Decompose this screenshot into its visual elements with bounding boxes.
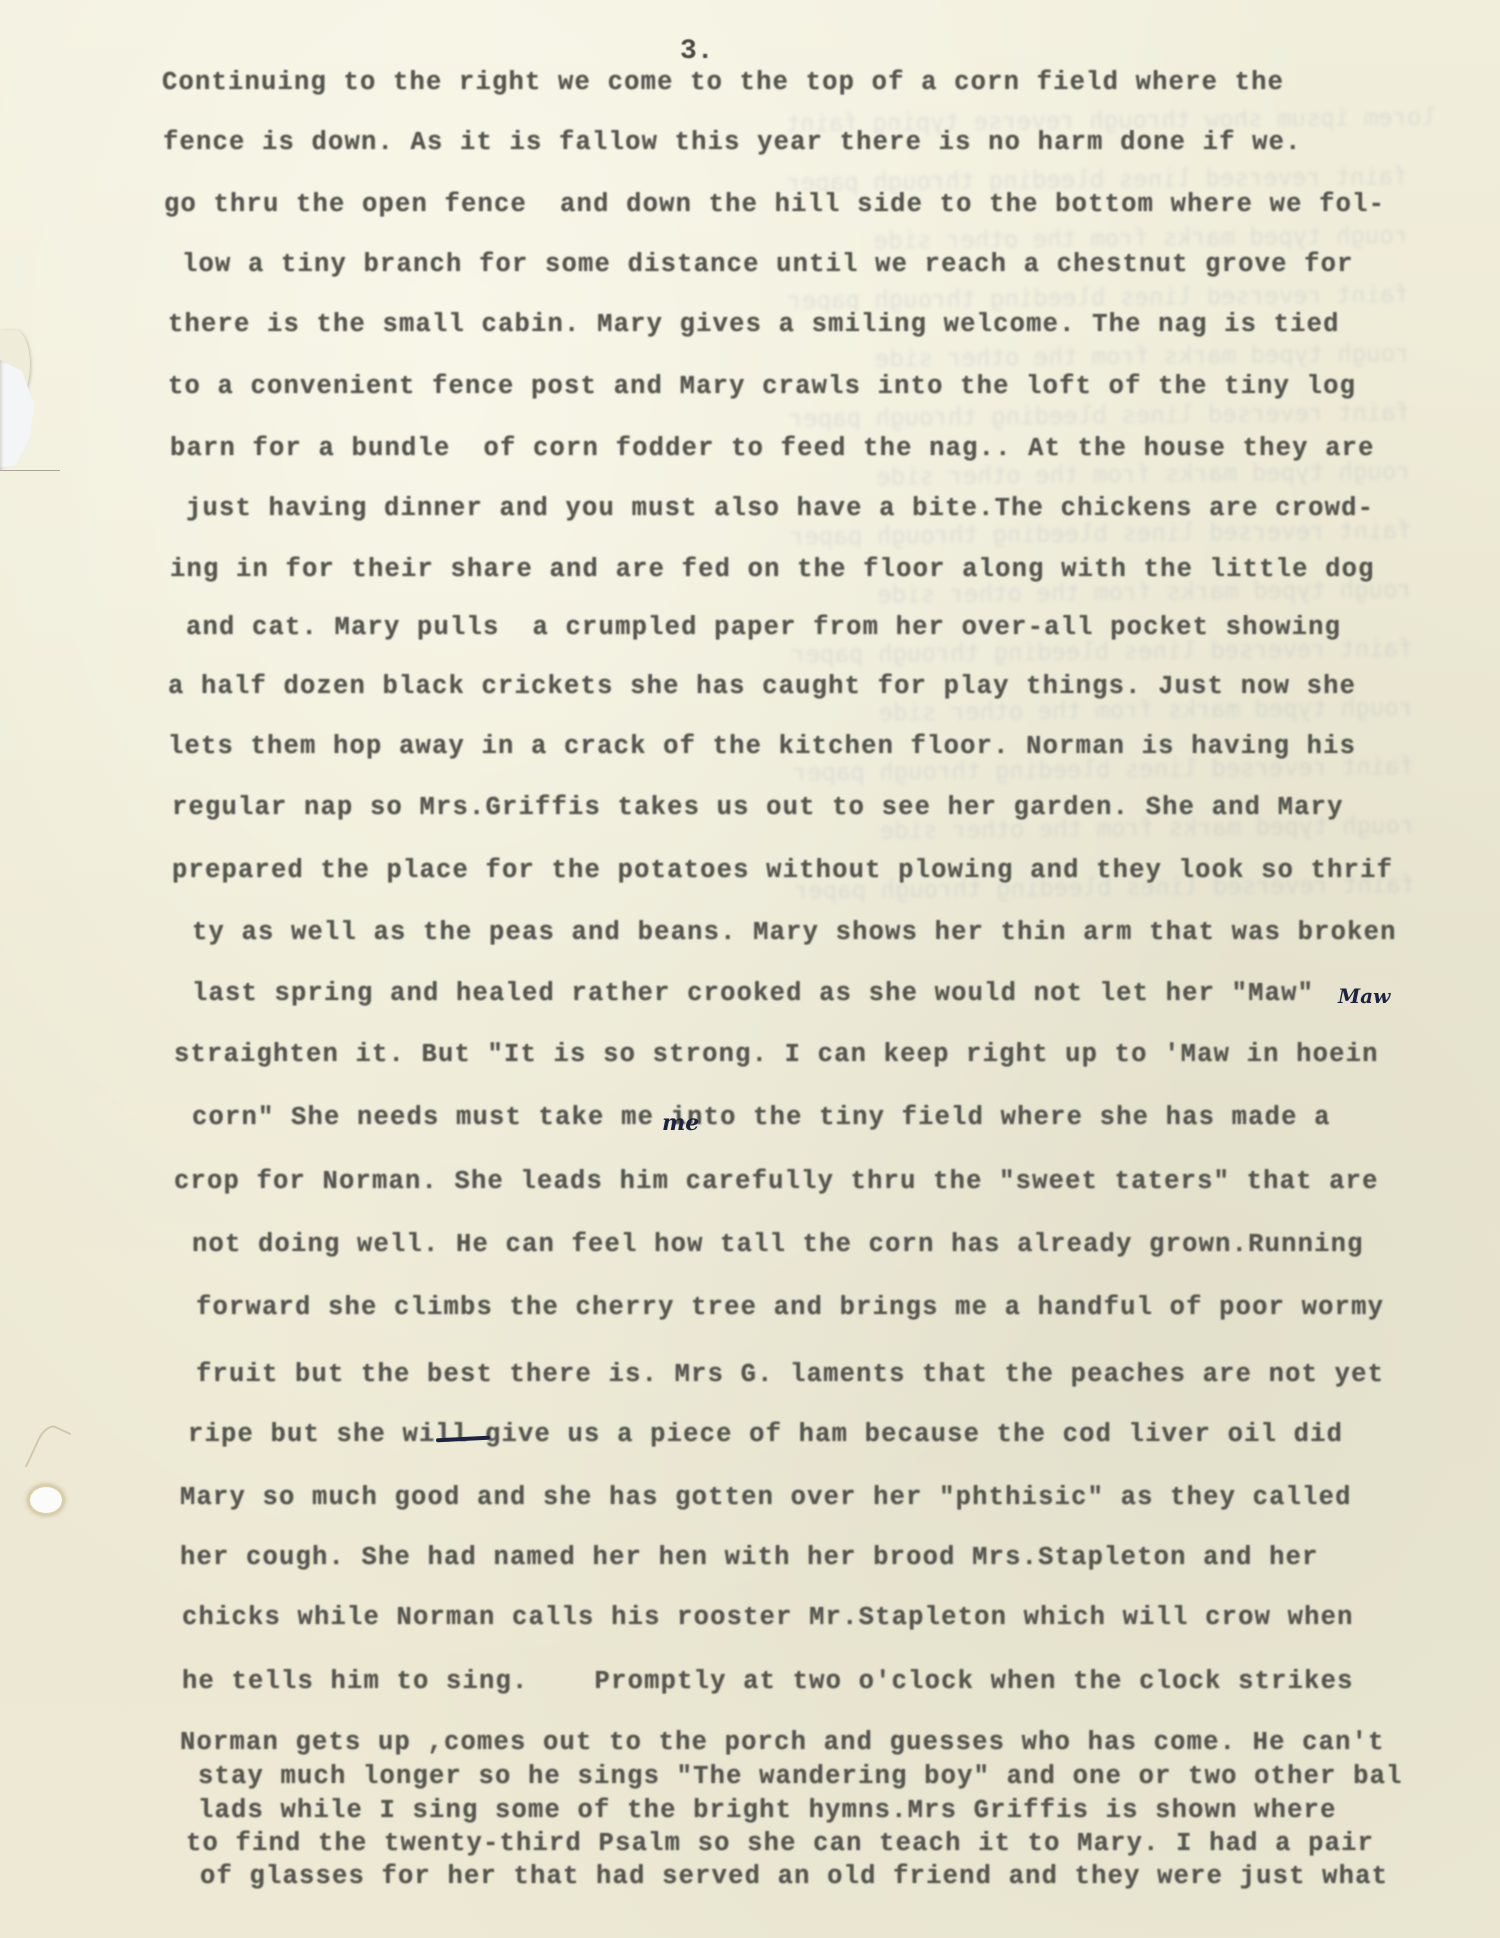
text-line: lets them hop away in a crack of the kit… bbox=[168, 732, 1356, 761]
text-line: forward she climbs the cherry tree and b… bbox=[196, 1293, 1384, 1322]
text-line: not doing well. He can feel how tall the… bbox=[192, 1230, 1364, 1259]
text-line: Norman gets up ,comes out to the porch a… bbox=[180, 1728, 1385, 1757]
text-line: corn" She needs must take me into the ti… bbox=[192, 1103, 1331, 1132]
text-line: chicks while Norman calls his rooster Mr… bbox=[182, 1603, 1354, 1632]
text-line: ty as well as the peas and beans. Mary s… bbox=[192, 918, 1397, 947]
text-line: Continuing to the right we come to the t… bbox=[162, 68, 1284, 97]
text-line: a half dozen black crickets she has caug… bbox=[168, 672, 1356, 701]
text-line: ing in for their share and are fed on th… bbox=[170, 555, 1375, 584]
text-line: low a tiny branch for some distance unti… bbox=[182, 250, 1354, 279]
text-line: prepared the place for the potatoes with… bbox=[172, 856, 1393, 885]
text-line: her cough. She had named her hen with he… bbox=[180, 1543, 1319, 1572]
text-line: lads while I sing some of the bright hym… bbox=[198, 1796, 1337, 1825]
text-line: last spring and healed rather crooked as… bbox=[192, 979, 1314, 1008]
text-line: fence is down. As it is fallow this year… bbox=[163, 128, 1302, 157]
text-line: fruit but the best there is. Mrs G. lame… bbox=[196, 1360, 1384, 1389]
text-line: straighten it. But "It is so strong. I c… bbox=[174, 1040, 1379, 1069]
text-line: to a convenient fence post and Mary craw… bbox=[168, 372, 1356, 401]
text-line: just having dinner and you must also hav… bbox=[186, 494, 1374, 523]
text-line: stay much longer so he sings "The wander… bbox=[198, 1762, 1403, 1791]
text-line: regular nap so Mrs.Griffis takes us out … bbox=[172, 793, 1344, 822]
text-line: there is the small cabin. Mary gives a s… bbox=[168, 310, 1340, 339]
text-line: crop for Norman. She leads him carefully… bbox=[174, 1167, 1379, 1196]
handwritten-me: me bbox=[662, 1110, 699, 1136]
text-line: ripe but she will give us a piece of ham… bbox=[188, 1420, 1343, 1449]
text-line: to find the twenty-third Psalm so she ca… bbox=[186, 1829, 1374, 1858]
typed-body: Continuing to the right we come to the t… bbox=[0, 0, 1500, 1938]
document-page: lorem ipsum show through reverse typing … bbox=[0, 0, 1500, 1938]
text-line: and cat. Mary pulls a crumpled paper fro… bbox=[186, 613, 1341, 642]
text-line: Mary so much good and she has gotten ove… bbox=[180, 1483, 1352, 1512]
text-line: barn for a bundle of corn fodder to feed… bbox=[170, 434, 1375, 463]
handwritten-maw: Maw bbox=[1338, 984, 1390, 1008]
text-line: go thru the open fence and down the hill… bbox=[164, 190, 1385, 219]
text-line: of glasses for her that had served an ol… bbox=[200, 1862, 1388, 1891]
text-line: he tells him to sing. Promptly at two o'… bbox=[182, 1667, 1354, 1696]
